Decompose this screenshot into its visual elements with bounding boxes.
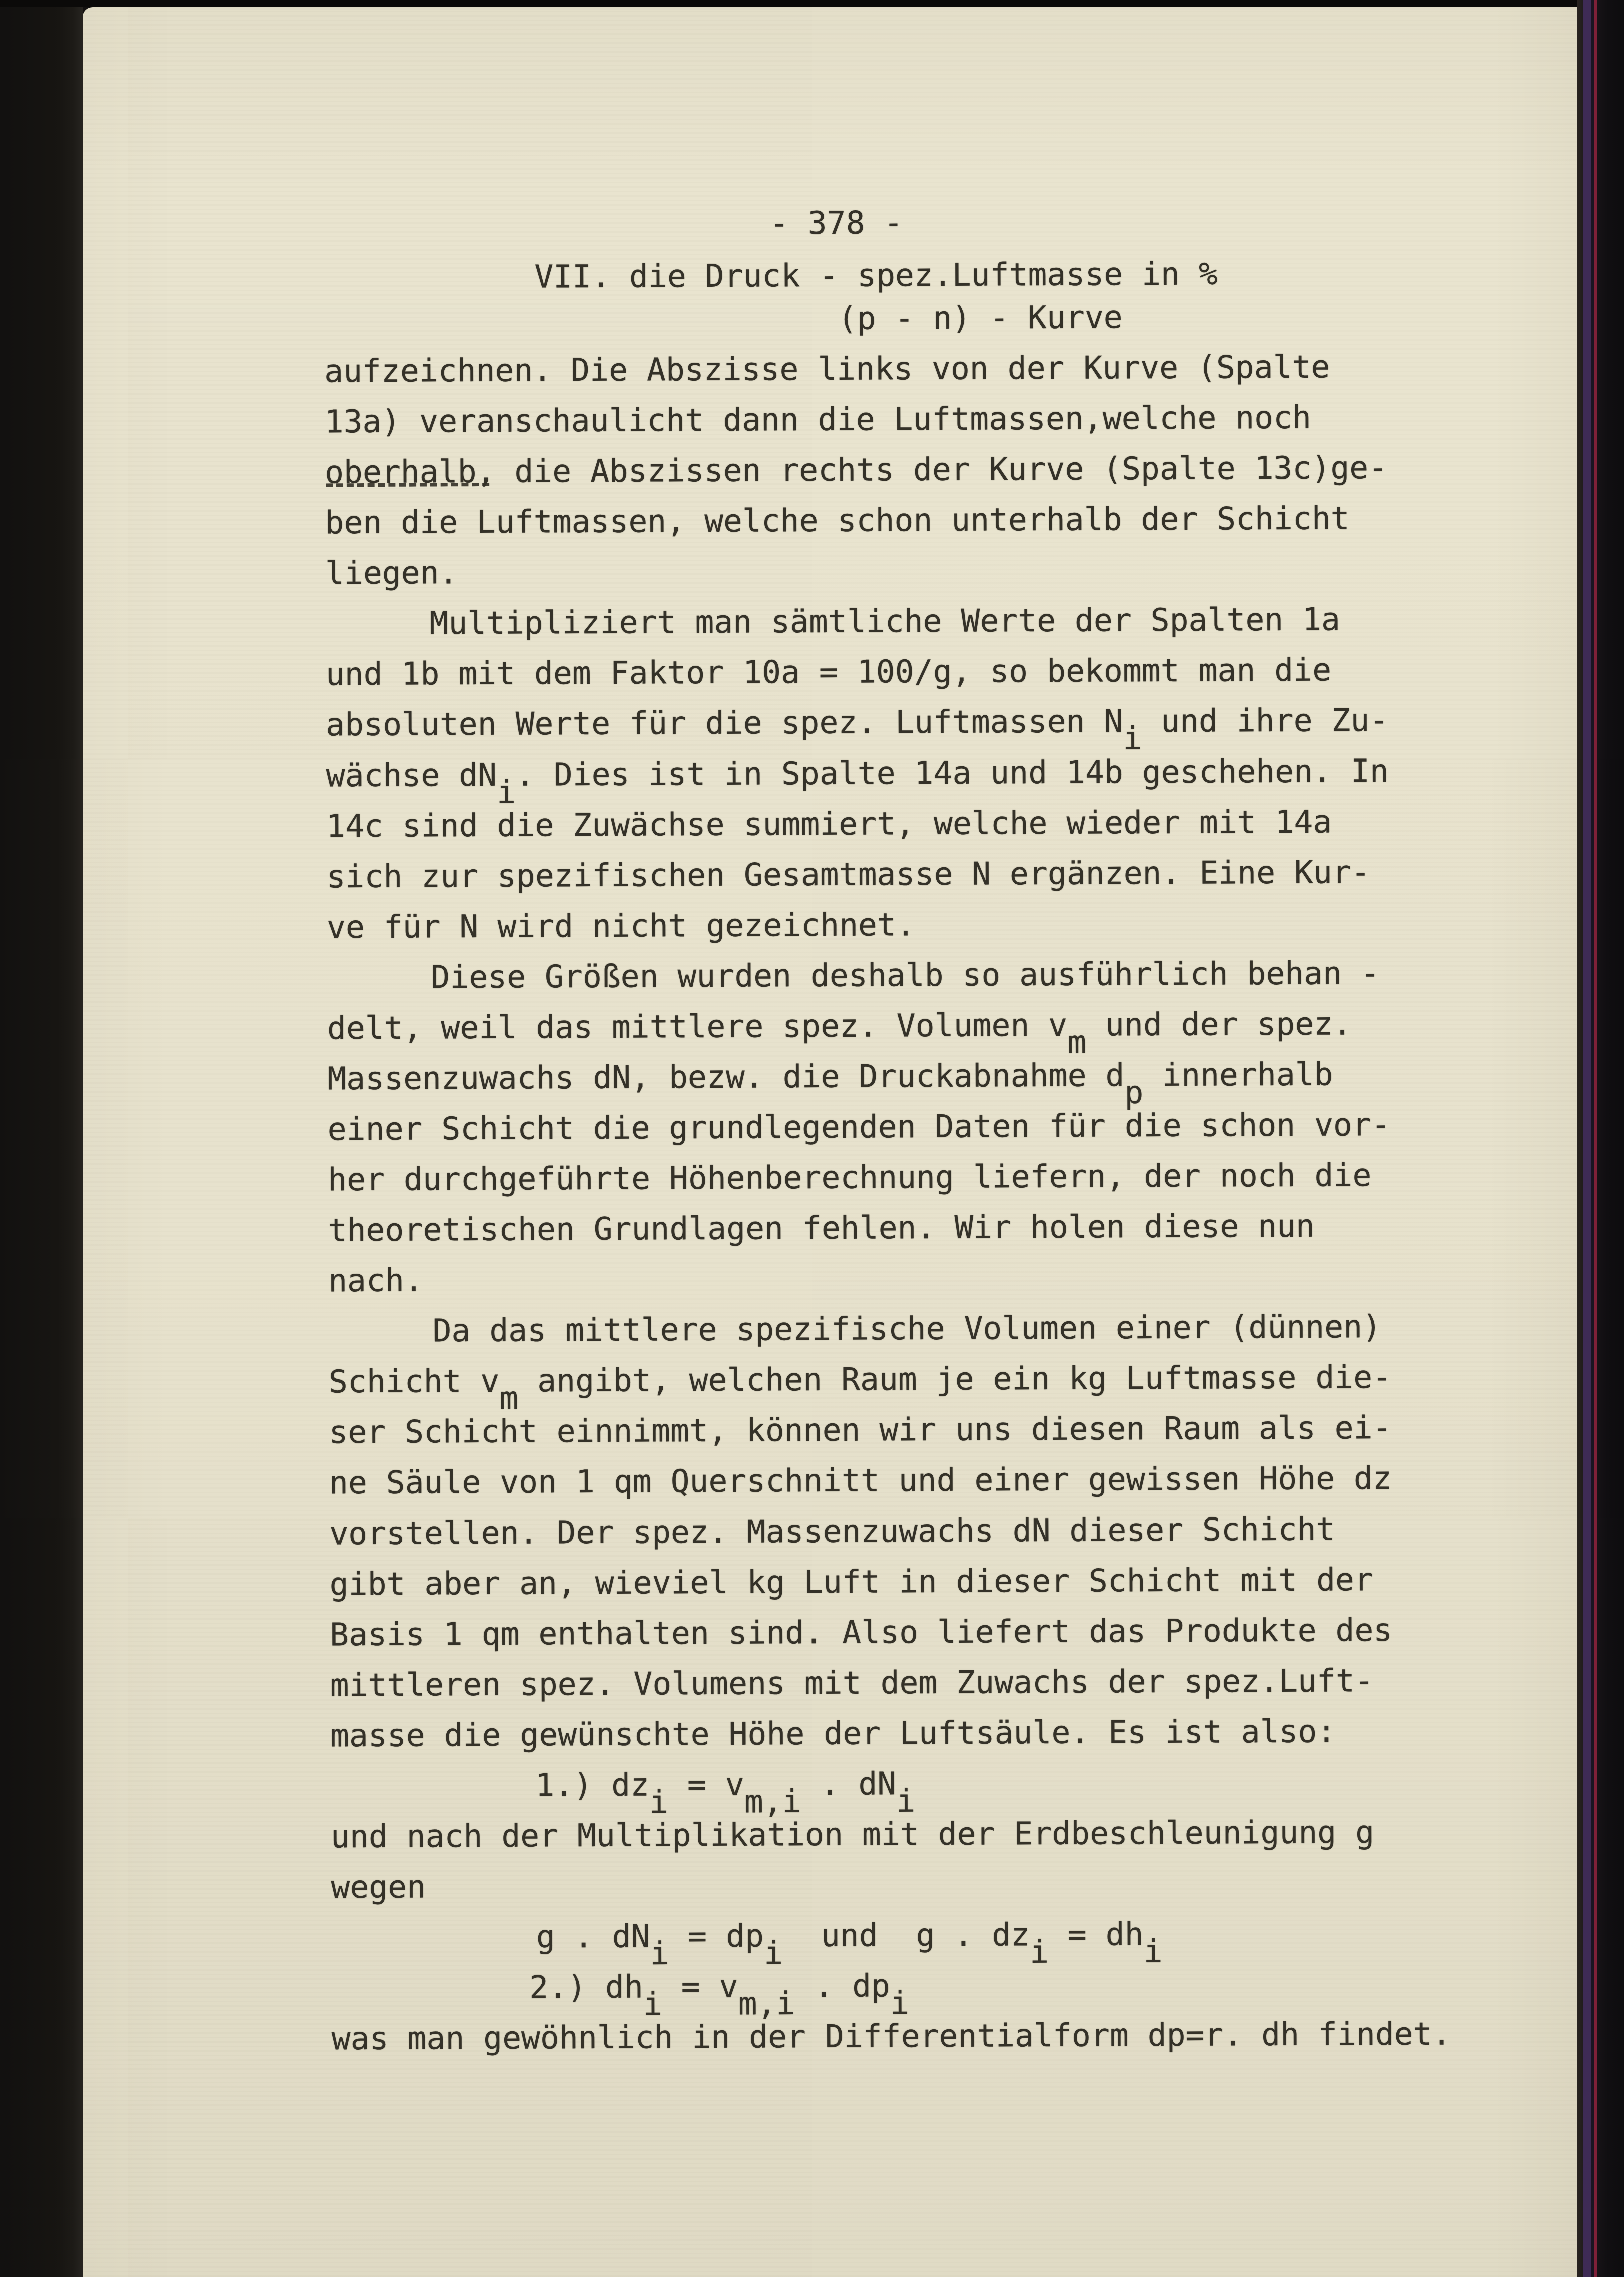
text-segment: Schicht v	[329, 1363, 500, 1400]
text-segment: angibt, welchen Raum je ein kg Luftmasse…	[518, 1359, 1391, 1399]
text-segment: wächse dN	[326, 756, 497, 794]
text-segment: aufzeichnen. Die Abszisse links von der …	[324, 349, 1330, 390]
text-segment: und nach der Multiplikation mit der Erdb…	[331, 1814, 1374, 1855]
text-line: ne Säule von 1 qm Querschnitt und einer …	[329, 1453, 1449, 1508]
text-line: aufzeichnen. Die Abszisse links von der …	[324, 341, 1444, 397]
text-segment: . dp	[795, 1968, 890, 2005]
text-segment: 1.) dz	[535, 1767, 649, 1804]
text-line: nach.	[328, 1251, 1448, 1306]
text-segment: sich zur spezifischen Gesamtmasse N ergä…	[326, 854, 1370, 895]
subscript: i	[650, 1928, 669, 1979]
text-line: Schicht vm angibt, welchen Raum je ein k…	[329, 1352, 1448, 1407]
text-line: einer Schicht die grundlegenden Daten fü…	[328, 1099, 1447, 1155]
text-line: vorstellen. Der spez. Massenzuwachs dN d…	[329, 1503, 1449, 1559]
text-segment: und ihre Zu-	[1142, 702, 1388, 739]
text-line: Multipliziert man sämtliche Werte der Sp…	[325, 594, 1445, 649]
text-line: ser Schicht einnimmt, können wir uns die…	[329, 1402, 1448, 1458]
text-segment: . dN	[801, 1765, 896, 1802]
text-segment: ben die Luftmassen, welche schon unterha…	[325, 500, 1349, 541]
text-segment: ser Schicht einnimmt, können wir uns die…	[329, 1409, 1391, 1450]
text-line: gibt aber an, wieviel kg Luft in dieser …	[330, 1554, 1449, 1610]
text-line: 1.) dzi = vm,i . dNi	[330, 1756, 1450, 1812]
subscript: m,i	[738, 1978, 795, 2029]
text-segment: delt, weil das mittlere spez. Volumen v	[327, 1007, 1068, 1046]
text-line: Basis 1 qm enthalten sind. Also liefert …	[330, 1605, 1449, 1660]
body-text: aufzeichnen. Die Abszisse links von der …	[324, 341, 1451, 2064]
text-segment: gibt aber an, wieviel kg Luft in dieser …	[330, 1561, 1373, 1602]
text-segment: ne Säule von 1 qm Querschnitt und einer …	[329, 1460, 1392, 1501]
subscript: i	[643, 1979, 662, 2029]
text-segment: = dh	[1049, 1916, 1144, 1953]
text-segment: die Abszissen rechts der Kurve (Spalte 1…	[495, 449, 1387, 490]
text-segment: = v	[662, 1968, 738, 2005]
text-segment: theoretischen Grundlagen fehlen. Wir hol…	[328, 1208, 1315, 1249]
text-line: ve für N wird nicht gezeichnet.	[327, 897, 1446, 953]
subscript: i	[497, 767, 516, 817]
text-segment: Multipliziert man sämtliche Werte der Sp…	[429, 601, 1340, 642]
text-segment: masse die gewünschte Höhe der Luftsäule.…	[330, 1713, 1336, 1754]
text-line: 2.) dhi = vm,i . dpi	[331, 1958, 1451, 2014]
subscript: i	[764, 1928, 783, 1978]
text-segment: 2.) dh	[529, 1969, 643, 2006]
subscript: m,i	[744, 1776, 801, 1827]
text-segment: liegen.	[325, 554, 458, 591]
scan-border-left	[0, 0, 83, 2277]
text-segment: Basis 1 qm enthalten sind. Also liefert …	[330, 1612, 1392, 1653]
text-segment: Da das mittlere spezifische Volumen eine…	[432, 1308, 1381, 1349]
text-segment: und 1b mit dem Faktor 10a = 100/g, so be…	[326, 652, 1332, 693]
section-title-line2: (p - n) - Kurve	[838, 292, 1122, 343]
text-segment: absoluten Werte für die spez. Luftmassen…	[326, 703, 1123, 743]
text-line: wächse dNi. Dies ist in Spalte 14a und 1…	[326, 745, 1445, 801]
text-line: 14c sind die Zuwächse summiert, welche w…	[326, 796, 1446, 852]
text-line: 13a) veranschaulicht dann die Luftmassen…	[324, 392, 1444, 447]
text-segment: = v	[668, 1766, 744, 1803]
text-line: Diese Größen wurden deshalb so ausführli…	[327, 948, 1446, 1003]
text-line: her durchgeführte Höhenberechnung liefer…	[328, 1150, 1447, 1205]
text-line: Massenzuwachs dN, bezw. die Druckabnahme…	[327, 1049, 1447, 1104]
text-segment: = dp	[669, 1918, 764, 1955]
text-segment: nach.	[328, 1262, 423, 1299]
text-segment: und der spez.	[1086, 1005, 1352, 1043]
subscript: i	[1144, 1926, 1163, 1977]
text-segment: Massenzuwachs dN, bezw. die Druckabnahme…	[327, 1057, 1124, 1097]
text-line: wegen	[331, 1857, 1450, 1913]
text-segment: wegen	[331, 1869, 426, 1906]
subscript: m	[1067, 1017, 1086, 1067]
text-segment: Diese Größen wurden deshalb so ausführli…	[431, 955, 1380, 995]
text-line: und nach der Multiplikation mit der Erdb…	[331, 1807, 1450, 1862]
text-line: theoretischen Grundlagen fehlen. Wir hol…	[328, 1200, 1447, 1256]
text-line: g . dNi = dpi und g . dzi = dhi	[331, 1908, 1451, 1963]
subscript: i	[896, 1776, 915, 1826]
text-segment: 13a) veranschaulicht dann die Luftmassen…	[324, 399, 1311, 440]
text-line: masse die gewünschte Höhe der Luftsäule.…	[330, 1706, 1450, 1761]
text-line: Da das mittlere spezifische Volumen eine…	[328, 1301, 1448, 1357]
text-line: delt, weil das mittlere spez. Volumen vm…	[327, 998, 1447, 1054]
text-line: absoluten Werte für die spez. Luftmassen…	[326, 695, 1445, 750]
text-segment: ve für N wird nicht gezeichnet.	[327, 906, 915, 945]
subscript: m	[499, 1373, 518, 1423]
scanned-document-page: - 378 - VII. die Druck - spez.Luftmasse …	[0, 0, 1624, 2277]
subscript: i	[1030, 1927, 1049, 1977]
text-line: liegen.	[325, 543, 1445, 599]
text-line: ben die Luftmassen, welche schon unterha…	[325, 493, 1444, 548]
paper-sheet: - 378 - VII. die Druck - spez.Luftmasse …	[83, 7, 1577, 2277]
text-line: oberhalb, die Abszissen rechts der Kurve…	[325, 442, 1444, 498]
text-segment: mittleren spez. Volumens mit dem Zuwachs…	[330, 1662, 1373, 1703]
text-line: mittleren spez. Volumens mit dem Zuwachs…	[330, 1655, 1449, 1711]
subscript: i	[890, 1978, 909, 2028]
page-number: - 378 -	[770, 197, 903, 248]
text-segment: her durchgeführte Höhenberechnung liefer…	[328, 1157, 1371, 1198]
text-segment: . Dies ist in Spalte 14a und 14b gescheh…	[516, 752, 1389, 793]
text-segment: vorstellen. Der spez. Massenzuwachs dN d…	[329, 1511, 1335, 1552]
text-segment: einer Schicht die grundlegenden Daten fü…	[328, 1106, 1390, 1147]
text-segment: g . dN	[536, 1918, 650, 1955]
text-line: und 1b mit dem Faktor 10a = 100/g, so be…	[326, 644, 1445, 700]
dash-underlined-word: oberhalb,	[325, 446, 496, 497]
text-segment: und g . dz	[783, 1916, 1030, 1954]
typewritten-text-layer: - 378 - VII. die Druck - spez.Luftmasse …	[83, 4, 1587, 2277]
text-line: sich zur spezifischen Gesamtmasse N ergä…	[326, 847, 1446, 902]
subscript: i	[1123, 713, 1142, 764]
subscript: p	[1124, 1067, 1143, 1118]
text-segment: innerhalb	[1143, 1056, 1333, 1094]
text-segment: 14c sind die Zuwächse summiert, welche w…	[326, 804, 1332, 845]
subscript: i	[649, 1777, 668, 1827]
